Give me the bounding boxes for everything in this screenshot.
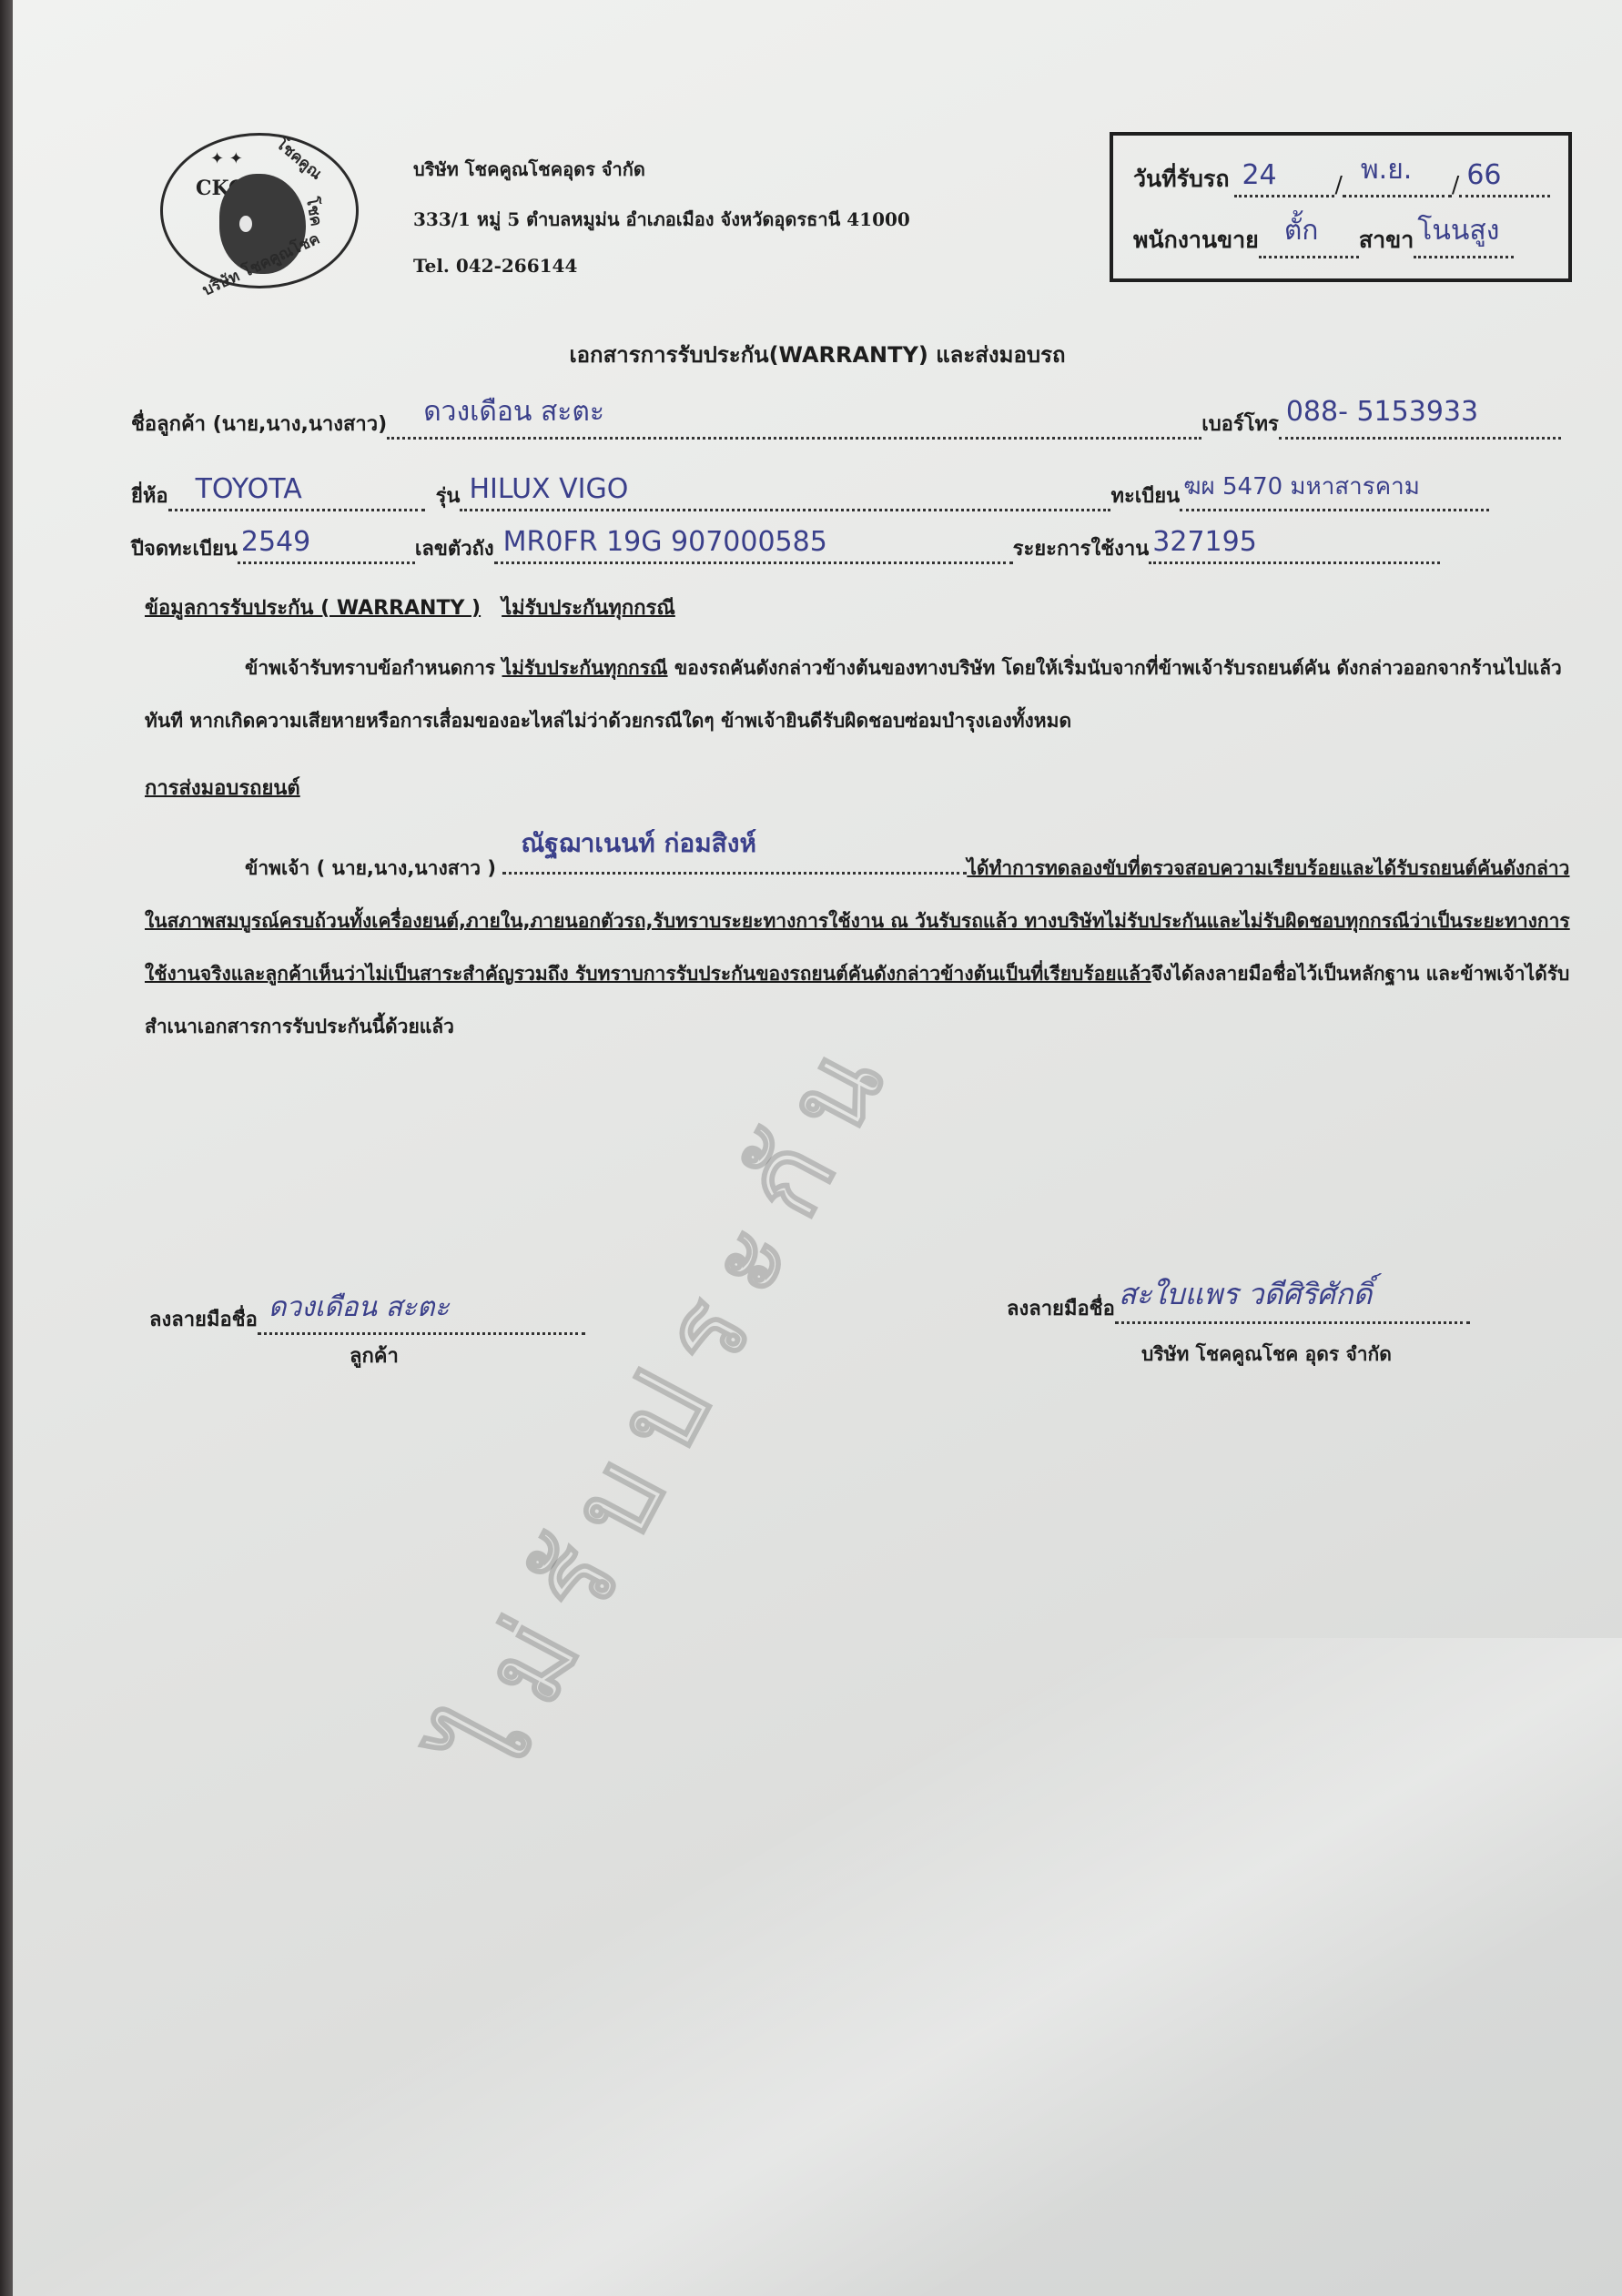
logo-ring-text: โชคคูณ — [270, 132, 328, 186]
document-title: เอกสารการรับประกัน(WARRANTY) และส่งมอบรถ — [13, 337, 1622, 372]
branch-label: สาขา — [1359, 222, 1414, 258]
company-role: บริษัท โชคคูณโชค อุดร จำกัด — [1141, 1340, 1392, 1370]
warranty-heading: ข้อมูลการรับประกัน ( WARRANTY ) ไม่รับปร… — [145, 592, 675, 623]
chassis-label: เลขตัวถัง — [415, 532, 494, 564]
recipient-name-field[interactable]: ณัฐฌาเนนท์ ก่อมสิงห์ — [502, 848, 967, 875]
company-signature-field[interactable]: สะใบแพร วดีศิริศักดิ์ — [1115, 1294, 1470, 1324]
date-month-field[interactable]: พ.ย. — [1343, 167, 1452, 197]
no-warranty-clause: ไม่รับประกันทุกกรณี — [502, 657, 668, 679]
reg-year-field[interactable]: 2549 — [238, 534, 415, 564]
warranty-paragraph: ข้าพเจ้ารับทราบข้อกำหนดการ ไม่รับประกันท… — [145, 642, 1583, 747]
desk-edge — [0, 0, 13, 2296]
vehicle-row-1: ยี่ห้อ TOYOTA รุ่น HILUX VIGO ทะเบียน ฆผ… — [131, 480, 1489, 511]
model-label: รุ่น — [436, 480, 461, 511]
company-address: 333/1 หมู่ 5 ตำบลหมูม่น อำเภอเมือง จังหว… — [413, 205, 910, 234]
model-field[interactable]: HILUX VIGO — [460, 481, 1110, 511]
paper-fold-highlight — [13, 1638, 1622, 2296]
plate-field[interactable]: ฆผ 5470 มหาสารคาม — [1180, 481, 1489, 511]
sparkle-icon: ✦ ✦ — [210, 149, 243, 168]
delivery-heading: การส่งมอบรถยนต์ — [145, 772, 300, 804]
company-name: บริษัท โชคคูณโชคอุดร จำกัด — [413, 155, 910, 184]
reg-year-label: ปีจดทะเบียน — [131, 532, 238, 564]
vehicle-row-2: ปีจดทะเบียน 2549 เลขตัวถัง MR0FR 19G 907… — [131, 532, 1440, 564]
brand-field[interactable]: TOYOTA — [168, 481, 425, 511]
company-tel: Tel. 042-266144 — [413, 255, 910, 277]
delivery-paragraph: ข้าพเจ้า ( นาย,นาง,นางสาว ) ณัฐฌาเนนท์ ก… — [145, 842, 1583, 1053]
customer-signature-row: ลงลายมือชื่อ ดวงเดือน สะตะ — [149, 1303, 585, 1335]
customer-row: ชื่อลูกค้า (นาย,นาง,นางสาว) ดวงเดือน สะต… — [131, 408, 1561, 440]
company-signature-row: ลงลายมือชื่อ สะใบแพร วดีศิริศักดิ์ — [1007, 1292, 1470, 1324]
plate-label: ทะเบียน — [1110, 480, 1180, 511]
warranty-document-page: ✦ ✦ CKC โชคคูณ โชค บริษัท โชคคูณโชค บริษ… — [13, 0, 1622, 2296]
mileage-label: ระยะการใช้งาน — [1013, 532, 1150, 564]
branch-field[interactable]: โนนสูง — [1414, 228, 1514, 258]
customer-signature-field[interactable]: ดวงเดือน สะตะ — [258, 1305, 585, 1335]
customer-role: ลูกค้า — [350, 1340, 399, 1371]
brand-label: ยี่ห้อ — [131, 480, 168, 511]
customer-name-field[interactable]: ดวงเดือน สะตะ — [387, 410, 1201, 440]
recipient-label: ข้าพเจ้า ( นาย,นาง,นางสาว ) — [245, 857, 496, 879]
salesperson-label: พนักงานขาย — [1133, 222, 1259, 258]
company-logo: ✦ ✦ CKC โชคคูณ โชค บริษัท โชคคูณโชค — [160, 133, 359, 288]
salesperson-row: พนักงานขาย ตั้ก สาขา โนนสูง — [1133, 222, 1514, 258]
logo-ring-text: โชค — [299, 195, 329, 228]
date-day-field[interactable]: 24 — [1234, 167, 1334, 197]
receive-date-label: วันที่รับรถ — [1133, 161, 1229, 197]
receipt-info-box: วันที่รับรถ 24 / พ.ย. / 66 พนักงานขาย ตั… — [1110, 132, 1572, 282]
warranty-heading-note: ไม่รับประกันทุกกรณี — [502, 597, 675, 620]
receive-date-row: วันที่รับรถ 24 / พ.ย. / 66 — [1133, 161, 1550, 197]
company-signature-label: ลงลายมือชื่อ — [1007, 1292, 1115, 1324]
date-year-field[interactable]: 66 — [1459, 167, 1550, 197]
phone-field[interactable]: 088- 5153933 — [1279, 410, 1561, 440]
customer-signature-label: ลงลายมือชื่อ — [149, 1303, 258, 1335]
company-info: บริษัท โชคคูณโชคอุดร จำกัด 333/1 หมู่ 5 … — [413, 155, 910, 298]
chassis-field[interactable]: MR0FR 19G 907000585 — [494, 534, 1013, 564]
mileage-field[interactable]: 327195 — [1149, 534, 1440, 564]
phone-label: เบอร์โทร — [1201, 408, 1279, 440]
salesperson-field[interactable]: ตั้ก — [1259, 228, 1359, 258]
customer-name-label: ชื่อลูกค้า (นาย,นาง,นางสาว) — [131, 408, 387, 440]
